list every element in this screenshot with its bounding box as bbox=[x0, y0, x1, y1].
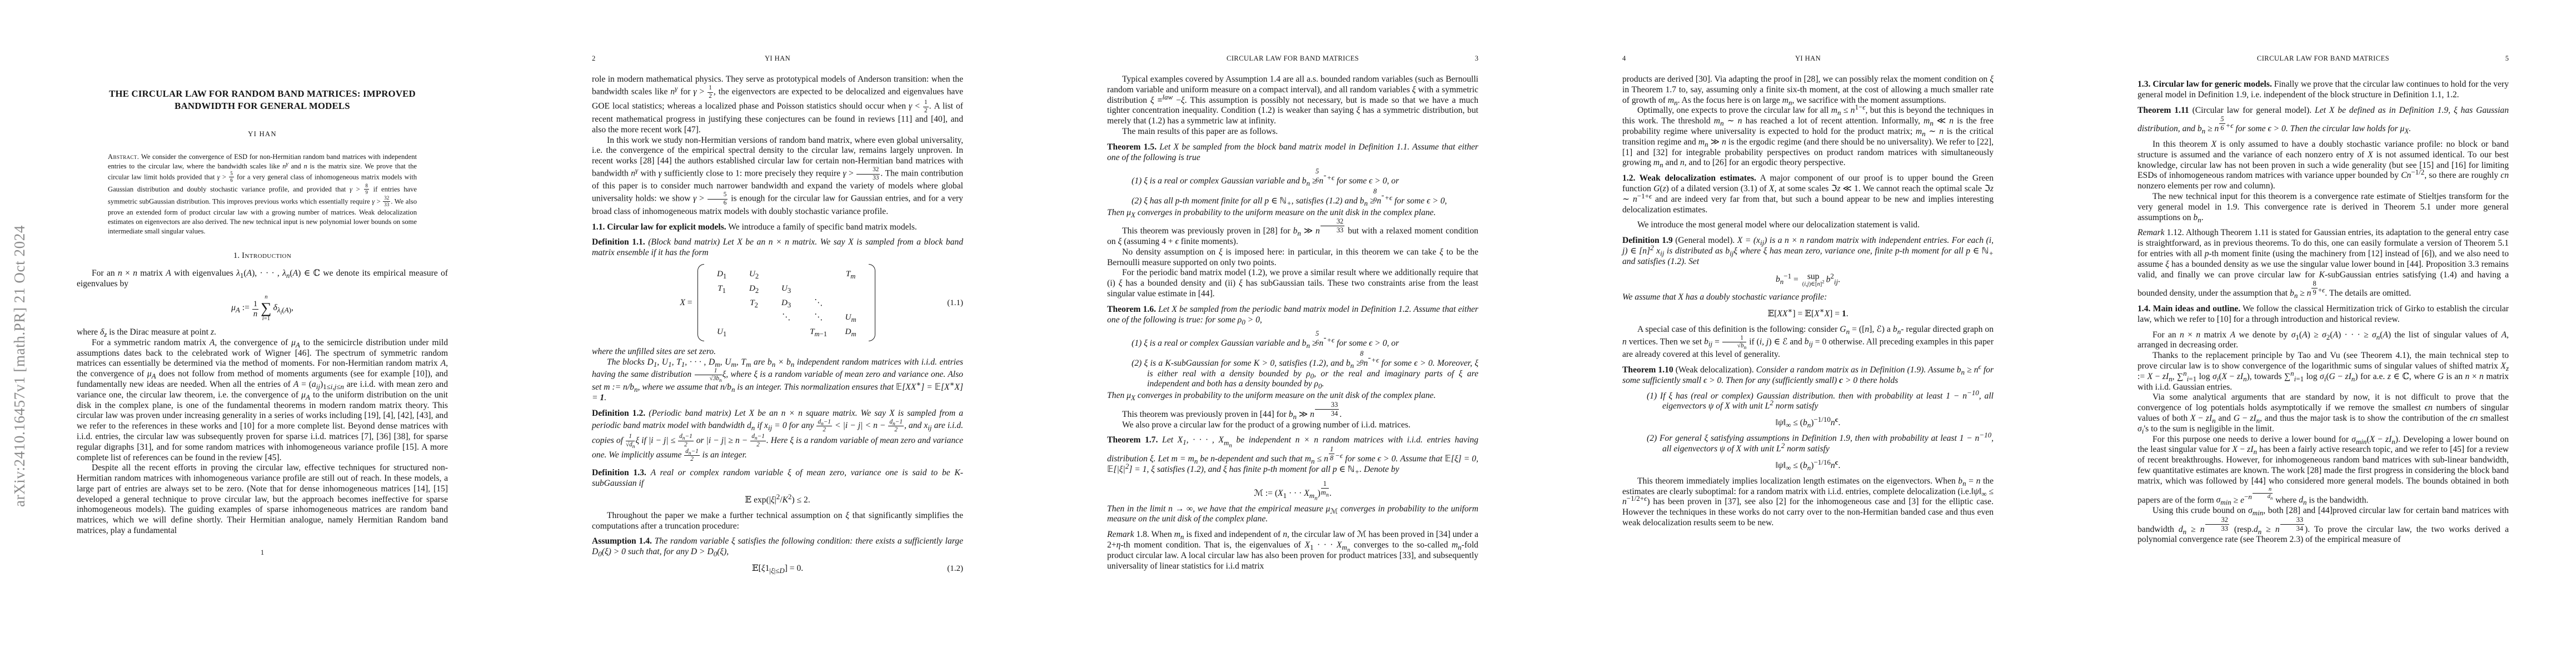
matrix-cell: T1 bbox=[706, 282, 738, 295]
running-header: CIRCULAR LAW FOR BAND MATRICES5 bbox=[2137, 54, 2509, 62]
paragraph: Then μX converges in probability to the … bbox=[1107, 208, 1478, 218]
list-item: (1) ξ is a real or complex Gaussian vari… bbox=[1107, 330, 1478, 349]
footer-page-number: 1 bbox=[77, 548, 448, 557]
paragraph: This theorem was previously proven in [4… bbox=[1107, 401, 1478, 420]
running-header: 4YI HAN bbox=[1622, 54, 1994, 62]
paper-title: THE CIRCULAR LAW FOR RANDOM BAND MATRICE… bbox=[77, 88, 448, 112]
paragraph: In this theorem X is only assumed to hav… bbox=[2137, 140, 2509, 192]
paragraph: The blocks D1, U1, T1, · · · , Dm, Um, T… bbox=[592, 357, 963, 404]
document-sheet: THE CIRCULAR LAW FOR RANDOM BAND MATRICE… bbox=[0, 0, 2576, 667]
theorem-block: Definition 1.3. A real or complex random… bbox=[592, 468, 963, 489]
matrix-cell bbox=[803, 267, 835, 280]
page-4: 4YI HANproducts are derived [30]. Via ad… bbox=[1546, 0, 2061, 667]
page-3: CIRCULAR LAW FOR BAND MATRICES3Typical e… bbox=[1030, 0, 1546, 667]
matrix-cell: U2 bbox=[738, 267, 770, 280]
list-item: (2) For general ξ satisfying assumptions… bbox=[1622, 434, 1994, 455]
matrix-cell bbox=[770, 267, 803, 280]
formula-content: 𝔼 exp(|ξ|2/K2) ≤ 2. bbox=[745, 494, 810, 506]
subsection-paragraph: 1.3. Circular law for generic models. Fi… bbox=[2137, 79, 2509, 101]
matrix-cell: ⋱ bbox=[803, 311, 835, 323]
header-page-number: 5 bbox=[2470, 54, 2509, 62]
paragraph: Then in the limit n → ∞, we have that th… bbox=[1107, 504, 1478, 525]
formula-content: ‖ψ‖∞ ≤ (bn)−1/10nc. bbox=[1776, 417, 1841, 429]
matrix-cell: U1 bbox=[706, 325, 738, 338]
matrix-cell: ⋱ bbox=[770, 311, 803, 323]
page-2: 2YI HANrole in modern mathematical physi… bbox=[515, 0, 1030, 667]
theorem-block: Remark 1.12. Although Theorem 1.11 is st… bbox=[2137, 228, 2509, 299]
display-formula: 𝔼 exp(|ξ|2/K2) ≤ 2. bbox=[592, 494, 963, 506]
matrix-cell bbox=[835, 296, 867, 309]
header-page-number bbox=[2137, 54, 2176, 62]
header-page-number: 3 bbox=[1439, 54, 1478, 62]
paragraph: For this purpose one needs to derive a l… bbox=[2137, 435, 2509, 506]
paragraph: where δz is the Dirac measure at point z… bbox=[77, 327, 448, 338]
matrix-cell: D1 bbox=[706, 267, 738, 280]
page-body: 1.3. Circular law for generic models. Fi… bbox=[2137, 74, 2509, 545]
matrix-equation: X =D1U2TmT1D2U3T2D3⋱⋱⋱UmU1Tm−1Dm(1.1) bbox=[592, 263, 963, 342]
list-item: (2) ξ is a K-subGaussian for some K > 0,… bbox=[1107, 350, 1478, 390]
abstract: Abstract. We consider the convergence of… bbox=[108, 152, 417, 236]
matrix-cell bbox=[706, 311, 738, 323]
theorem-block: Definition 1.9 (General model). X = (xij… bbox=[1622, 236, 1994, 267]
matrix-cell: D2 bbox=[738, 282, 770, 295]
right-paren bbox=[869, 264, 875, 341]
display-formula: ‖ψ‖∞ ≤ (bn)−1/16nc. bbox=[1622, 460, 1994, 471]
paragraph: Despite all the recent efforts in provin… bbox=[77, 463, 448, 536]
page-body: products are derived [30]. Via adapting … bbox=[1622, 74, 1994, 529]
matrix-cell: D3 bbox=[770, 296, 803, 309]
running-title: CIRCULAR LAW FOR BAND MATRICES bbox=[1146, 54, 1439, 62]
paragraph: Throughout the paper we make a further t… bbox=[592, 511, 963, 532]
matrix-cell: Um bbox=[835, 311, 867, 323]
theorem-block: Theorem 1.7. Let X1, · · · , Xmn be inde… bbox=[1107, 435, 1478, 475]
formula-content: ℳ := (X1 · · · Xmn)1mn. bbox=[1254, 480, 1332, 499]
theorem-block: Assumption 1.4. The random variable ξ sa… bbox=[592, 536, 963, 558]
page-1: THE CIRCULAR LAW FOR RANDOM BAND MATRICE… bbox=[0, 0, 515, 667]
paragraph: The new technical input for this theorem… bbox=[2137, 192, 2509, 223]
display-formula: ‖ψ‖∞ ≤ (bn)−1/10nc. bbox=[1622, 417, 1994, 429]
matrix-cell bbox=[738, 311, 770, 323]
left-paren bbox=[697, 264, 704, 341]
paragraph: Then μX converges in probability to the … bbox=[1107, 391, 1478, 401]
theorem-block: Theorem 1.6. Let X be sampled from the p… bbox=[1107, 305, 1478, 326]
author-name: YI HAN bbox=[77, 130, 448, 138]
paragraph: This theorem was previously proven in [2… bbox=[1107, 218, 1478, 247]
theorem-block: Theorem 1.5. Let X be sampled from the b… bbox=[1107, 142, 1478, 163]
matrix-row: X =D1U2TmT1D2U3T2D3⋱⋱⋱UmU1Tm−1Dm bbox=[680, 263, 875, 342]
theorem-block: Remark 1.8. When mn is fixed and indepen… bbox=[1107, 530, 1478, 571]
matrix-cell bbox=[706, 296, 738, 309]
matrix-cell: U3 bbox=[770, 282, 803, 295]
display-formula: 𝔼[XX∗] = 𝔼[X∗X] = 1. bbox=[1622, 308, 1994, 320]
page-body: role in modern mathematical physics. The… bbox=[592, 74, 963, 579]
paragraph: where the unfilled sites are set zero. bbox=[592, 347, 963, 357]
matrix-cell: Tm−1 bbox=[803, 325, 835, 338]
paragraph: The main results of this paper are as fo… bbox=[1107, 127, 1478, 137]
header-page-number bbox=[1107, 54, 1146, 62]
formula-content: 𝔼[XX∗] = 𝔼[X∗X] = 1. bbox=[1767, 308, 1848, 320]
display-formula: 𝔼[ξ1|ξ|≤D] = 0.(1.2) bbox=[592, 563, 963, 574]
header-page-number: 4 bbox=[1622, 54, 1661, 62]
header-page-number bbox=[924, 54, 963, 62]
matrix-cell: T2 bbox=[738, 296, 770, 309]
paragraph: products are derived [30]. Via adapting … bbox=[1622, 74, 1994, 106]
matrix-cell: ⋱ bbox=[803, 296, 835, 309]
matrix-lhs: X = bbox=[680, 297, 692, 308]
display-formula: bn−1 = sup(i,j)∈[n]2b2ij. bbox=[1622, 272, 1994, 287]
paragraph: Thanks to the replacement principle by T… bbox=[2137, 351, 2509, 392]
paragraph: For a symmetric random matrix A, the con… bbox=[77, 338, 448, 464]
theorem-block: Definition 1.1. (Block band matrix) Let … bbox=[592, 237, 963, 258]
list-item: (1) ξ is a real or complex Gaussian vari… bbox=[1107, 168, 1478, 187]
matrix-cell bbox=[738, 325, 770, 338]
formula-content: ‖ψ‖∞ ≤ (bn)−1/16nc. bbox=[1776, 460, 1841, 471]
paragraph: For an n × n matrix A we denote by σ1(A)… bbox=[2137, 330, 2509, 351]
running-title: YI HAN bbox=[1661, 54, 1955, 62]
paragraph: Optimally, one expects to prove the circ… bbox=[1622, 106, 1994, 168]
matrix-cell bbox=[770, 325, 803, 338]
running-header: CIRCULAR LAW FOR BAND MATRICES3 bbox=[1107, 54, 1478, 62]
page-5: CIRCULAR LAW FOR BAND MATRICES51.3. Circ… bbox=[2061, 0, 2576, 667]
theorem-block: Theorem 1.11 (Circular law for general m… bbox=[2137, 106, 2509, 135]
paragraph: We introduce the most general model wher… bbox=[1622, 220, 1994, 231]
header-page-number: 2 bbox=[592, 54, 631, 62]
paragraph: We also prove a circular law for the pro… bbox=[1107, 420, 1478, 431]
matrix-cell bbox=[803, 282, 835, 295]
theorem-block: Definition 1.2. (Periodic band matrix) L… bbox=[592, 409, 963, 463]
list-item: (1) If ξ has (real or complex) Gaussian … bbox=[1622, 391, 1994, 412]
formula-content: bn−1 = sup(i,j)∈[n]2b2ij. bbox=[1776, 272, 1840, 287]
paragraph: We assume that X has a doubly stochastic… bbox=[1622, 292, 1994, 303]
page-body: Typical examples covered by Assumption 1… bbox=[1107, 74, 1478, 576]
running-title: CIRCULAR LAW FOR BAND MATRICES bbox=[2176, 54, 2470, 62]
running-title: YI HAN bbox=[631, 54, 924, 62]
page-body: THE CIRCULAR LAW FOR RANDOM BAND MATRICE… bbox=[77, 88, 448, 536]
formula-content: μA := 1nn∑i=1δλi(A), bbox=[231, 294, 293, 322]
display-formula: μA := 1nn∑i=1δλi(A), bbox=[77, 294, 448, 322]
paragraph: For the periodic band matrix model (1.2)… bbox=[1107, 268, 1478, 299]
running-header: 2YI HAN bbox=[592, 54, 963, 62]
list-item: (2) ξ has all p-th moment finite for all… bbox=[1107, 188, 1478, 207]
paragraph: A special case of this definition is the… bbox=[1622, 325, 1994, 360]
matrix-grid: D1U2TmT1D2U3T2D3⋱⋱⋱UmU1Tm−1Dm bbox=[704, 263, 869, 342]
paragraph: No density assumption on ξ is imposed he… bbox=[1107, 247, 1478, 268]
paragraph: This theorem immediately implies localiz… bbox=[1622, 476, 1994, 529]
paragraph: In this work we study non-Hermitian vers… bbox=[592, 136, 963, 217]
paragraph: role in modern mathematical physics. The… bbox=[592, 74, 963, 136]
display-formula: ℳ := (X1 · · · Xmn)1mn. bbox=[1107, 480, 1478, 499]
arxiv-watermark: arXiv:2410.16457v1 [math.PR] 21 Oct 2024 bbox=[11, 225, 28, 507]
section-heading: 1. Introduction bbox=[77, 251, 448, 261]
subsection-paragraph: 1.1. Circular law for explicit models. W… bbox=[592, 222, 963, 233]
subsection-paragraph: 1.4. Main ideas and outline. We follow t… bbox=[2137, 304, 2509, 325]
theorem-block: Theorem 1.10 (Weak delocalization). Cons… bbox=[1622, 365, 1994, 386]
formula-content: 𝔼[ξ1|ξ|≤D] = 0. bbox=[752, 563, 803, 574]
equation-tag: (1.1) bbox=[947, 297, 963, 308]
header-page-number bbox=[1955, 54, 1994, 62]
equation-tag: (1.2) bbox=[947, 563, 963, 574]
subsection-paragraph: 1.2. Weak delocalization estimates. A ma… bbox=[1622, 173, 1994, 215]
matrix-cell: Dm bbox=[835, 325, 867, 338]
paragraph: Using this crude bound on σmin, both [28… bbox=[2137, 506, 2509, 545]
paragraph: Via some analytical arguments that are s… bbox=[2137, 392, 2509, 434]
matrix-cell bbox=[835, 282, 867, 295]
matrix-cell: Tm bbox=[835, 267, 867, 280]
paragraph: Typical examples covered by Assumption 1… bbox=[1107, 74, 1478, 127]
paragraph: For an n × n matrix A with eigenvalues λ… bbox=[77, 268, 448, 290]
